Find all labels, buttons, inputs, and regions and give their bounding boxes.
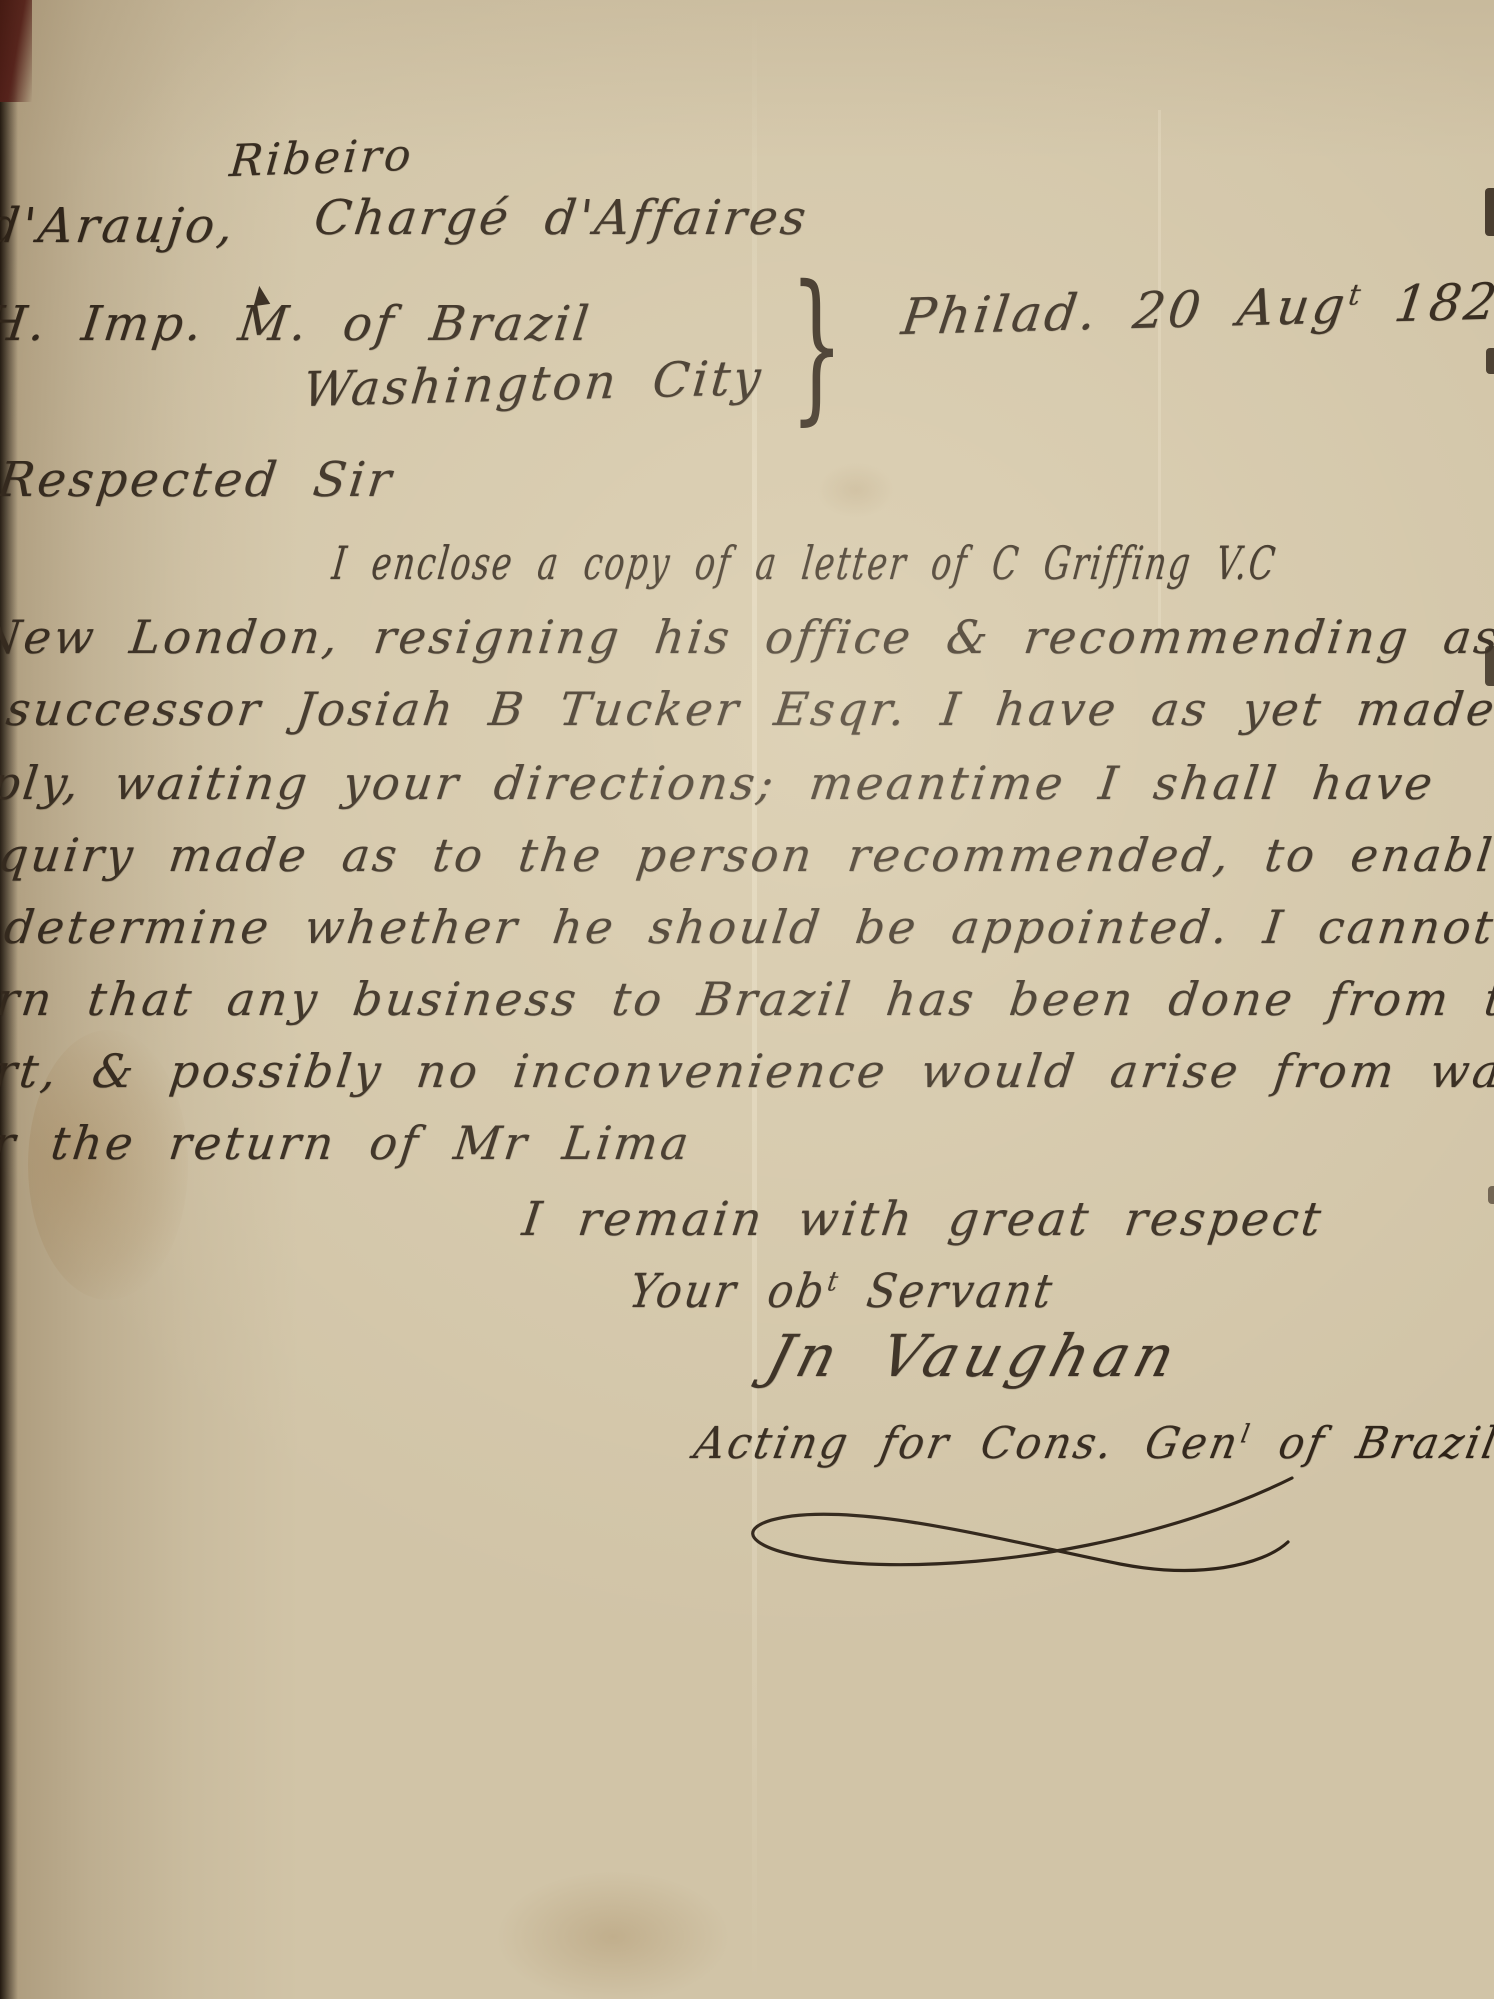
body-line: rt, & possibly no inconvenience would ar…	[0, 1044, 1494, 1098]
page-edge-mark	[1488, 1186, 1494, 1204]
closing-line-text: Servant	[833, 1264, 1059, 1319]
body-line: r the return of Mr Lima	[0, 1116, 694, 1170]
paper-stain	[498, 1872, 728, 1999]
signature-flourish	[696, 1470, 1300, 1586]
brace-icon: }	[790, 248, 843, 443]
signature-role-text: Acting for Cons. Gen	[690, 1418, 1244, 1469]
manuscript-page: Ribeiro d'Araujo, Chargé d'Affaires ▲ H.…	[0, 0, 1494, 1999]
signature: Jn Vaughan	[760, 1322, 1188, 1390]
body-line: rn that any business to Brazil has been …	[0, 972, 1494, 1026]
page-edge-mark	[1485, 188, 1494, 236]
dateline-year: 1829	[1356, 271, 1494, 334]
addressee-name: d'Araujo,	[0, 198, 239, 254]
book-cover-corner	[0, 0, 32, 102]
closing-line: Your obt Servant	[625, 1264, 1058, 1319]
inserted-word: Ribeiro	[228, 130, 416, 188]
signature-role: Acting for Cons. Genl of Brazil	[690, 1418, 1494, 1469]
body-line: ply, waiting your directions; meantime I…	[0, 756, 1438, 810]
page-edge-mark	[1486, 348, 1494, 374]
body-line: New London, resigning his office & recom…	[0, 610, 1494, 664]
addressee-city: Washington City	[301, 350, 766, 418]
signature-role-text: of Brazil	[1243, 1418, 1494, 1469]
addressee-org: H. Imp. M. of Brazil	[0, 296, 595, 352]
body-line: successor Josiah B Tucker Esqr. I have a…	[3, 682, 1494, 736]
paper-stain	[816, 462, 896, 518]
body-line: quiry made as to the person recommended,…	[0, 828, 1494, 882]
dateline: Philad. 20 Augt 1829	[898, 271, 1494, 346]
salutation: Respected Sir	[0, 452, 397, 508]
dateline-place-day-month: Philad. 20 Aug	[898, 276, 1351, 346]
body-line: determine whether he should be appointed…	[1, 900, 1494, 954]
addressee-title: Chargé d'Affaires	[311, 190, 812, 246]
closing-line: I remain with great respect	[519, 1192, 1326, 1247]
body-line: I enclose a copy of a letter of C Griffi…	[329, 536, 1280, 590]
closing-line-text: Your ob	[625, 1264, 830, 1319]
